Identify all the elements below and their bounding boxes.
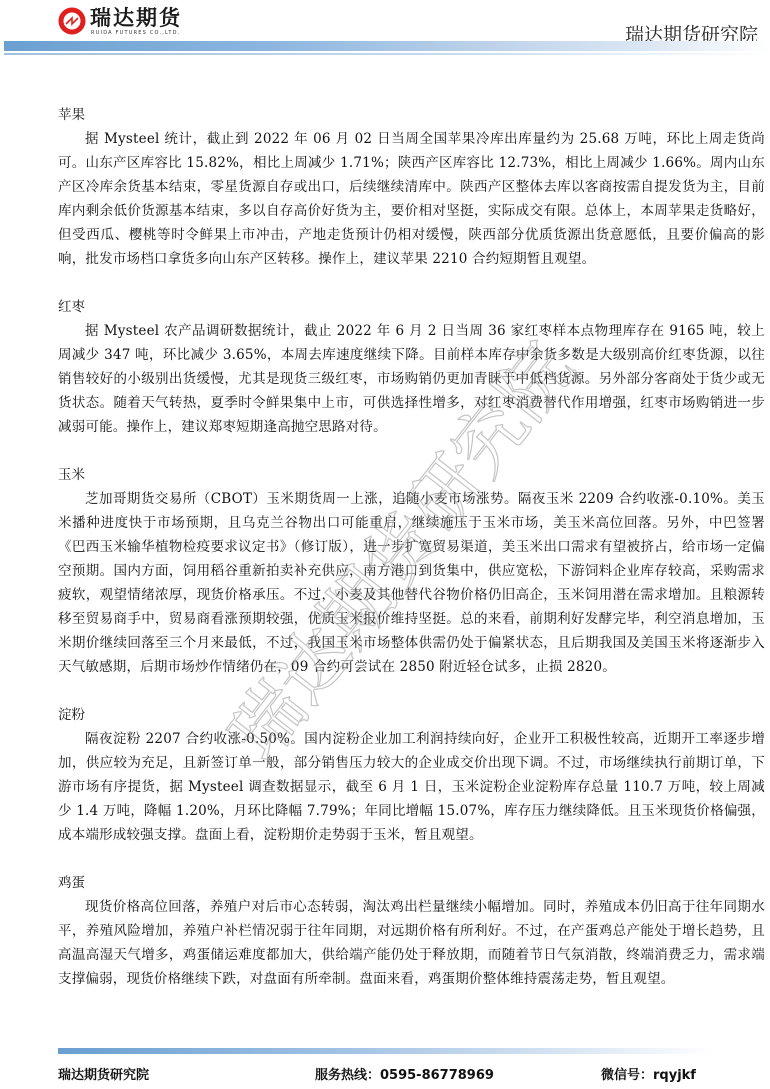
section-title: 淀粉 bbox=[58, 703, 765, 727]
section-title: 红枣 bbox=[58, 295, 765, 319]
footer-org: 瑞达期货研究院 bbox=[58, 1064, 149, 1083]
section-body: 芝加哥期货交易所（CBOT）玉米期货周一上涨，追随小麦市场涨势。隔夜玉米 220… bbox=[58, 487, 765, 679]
page-footer: 瑞达期货研究院 服务热线：0595-86778969 微信号：rqyjkf bbox=[58, 1064, 718, 1084]
section-body: 据 Mysteel 统计，截止到 2022 年 06 月 02 日当周全国苹果冷… bbox=[58, 127, 765, 271]
section-egg: 鸡蛋 现货价格高位回落，养殖户对后市心态转弱，淘汰鸡出栏量继续小幅增加。同时，养… bbox=[58, 871, 765, 991]
footer-divider-bar bbox=[58, 1048, 714, 1054]
ruida-logo-icon bbox=[58, 7, 86, 35]
section-body: 隔夜淀粉 2207 合约收涨-0.50%。国内淀粉企业加工利润持续向好，企业开工… bbox=[58, 727, 765, 847]
section-apple: 苹果 据 Mysteel 统计，截止到 2022 年 06 月 02 日当周全国… bbox=[58, 103, 765, 271]
section-body: 现货价格高位回落，养殖户对后市心态转弱，淘汰鸡出栏量继续小幅增加。同时，养殖成本… bbox=[58, 895, 765, 991]
footer-wechat: 微信号：rqyjkf bbox=[601, 1064, 696, 1083]
header-divider-line bbox=[4, 53, 770, 55]
section-starch: 淀粉 隔夜淀粉 2207 合约收涨-0.50%。国内淀粉企业加工利润持续向好，企… bbox=[58, 703, 765, 847]
logo-chinese-name: 瑞达期货 bbox=[90, 6, 182, 30]
header-divider-bar bbox=[4, 41, 770, 51]
logo-english-name: RUIDA FUTURES CO.,LTD. bbox=[91, 30, 182, 36]
section-jujube: 红枣 据 Mysteel 农产品调研数据统计，截止 2022 年 6 月 2 日… bbox=[58, 295, 765, 439]
section-body: 据 Mysteel 农产品调研数据统计，截止 2022 年 6 月 2 日当周 … bbox=[58, 319, 765, 439]
section-title: 玉米 bbox=[58, 463, 765, 487]
page-header: 瑞达期货 RUIDA FUTURES CO.,LTD. 瑞达期货研究院 bbox=[0, 0, 770, 66]
footer-hotline: 服务热线：0595-86778969 bbox=[315, 1064, 494, 1083]
section-title: 鸡蛋 bbox=[58, 871, 765, 895]
section-corn: 玉米 芝加哥期货交易所（CBOT）玉米期货周一上涨，追随小麦市场涨势。隔夜玉米 … bbox=[58, 463, 765, 679]
section-title: 苹果 bbox=[58, 103, 765, 127]
company-logo: 瑞达期货 RUIDA FUTURES CO.,LTD. bbox=[58, 6, 182, 36]
report-content: 苹果 据 Mysteel 统计，截止到 2022 年 06 月 02 日当周全国… bbox=[58, 103, 765, 991]
